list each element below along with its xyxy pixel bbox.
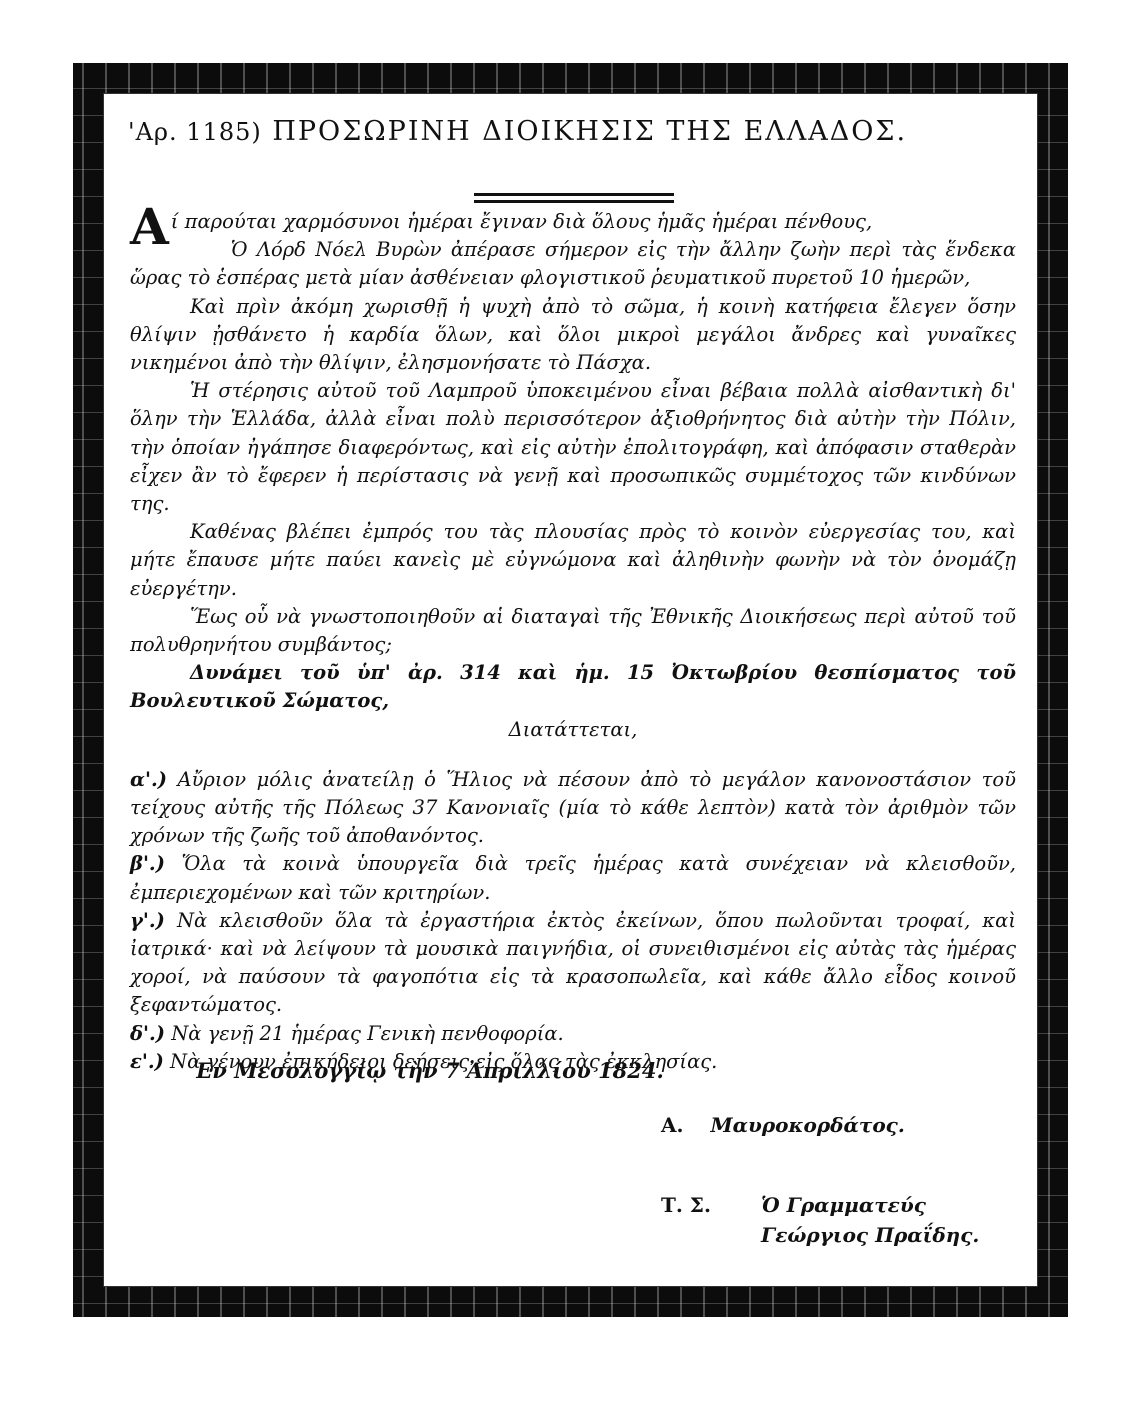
dropcap-letter: Α (130, 212, 169, 242)
paragraph-4: Ἡ στέρησις αὐτοῦ τοῦ Λαμπροῦ ὑποκειμένου… (130, 377, 1016, 518)
orders-list: α'.) Αὔριον μόλις ἀνατείλῃ ὁ Ἥλιος νὰ πέ… (130, 766, 1016, 1076)
order-item: β'.) Ὅλα τὰ κοινὰ ὑπουργεῖα διὰ τρεῖς ἡμ… (130, 850, 1016, 906)
paragraph-3: Καὶ πρὶν ἀκόμη χωρισθῇ ἡ ψυχὴ ἀπὸ τὸ σῶμ… (130, 293, 1016, 378)
secretary-signature: Τ. Σ. Ὁ Γραμματεύς Γεώργιος Πραΐδης. (661, 1193, 711, 1217)
reference-number: 'Αρ. 1185) (128, 118, 262, 146)
decorative-double-rule (474, 193, 674, 203)
date-line: Ἐν Μεσολογγίῳ τὴν 7 Ἀπριλλίου 1824. (193, 1058, 664, 1083)
president-signature: Α. Μαυροκορδάτος. (661, 1113, 905, 1137)
document-heading: 'Αρ. 1185) ΠΡΟΣΩΡΙΝΗ ΔΙΟΙΚΗΣΙΣ ΤΗΣ ΕΛΛΑΔ… (128, 116, 907, 147)
order-item: α'.) Αὔριον μόλις ἀνατείλῃ ὁ Ἥλιος νὰ πέ… (130, 766, 1016, 851)
order-item: δ'.) Νὰ γενῇ 21 ἡμέρας Γενικὴ πενθοφορία… (130, 1020, 1016, 1048)
heading-text: ΠΡΟΣΩΡΙΝΗ ΔΙΟΙΚΗΣΙΣ ΤΗΣ ΕΛΛΑΔΟΣ. (272, 116, 907, 147)
paragraph-5: Καθένας βλέπει ἐμπρός του τὰς πλουσίας π… (130, 518, 1016, 603)
paragraph-2: Ὁ Λόρδ Νόελ Βυρὼν ἀπέρασε σήμερον εἰς τὴ… (130, 236, 1016, 292)
proclamation-body: Α ί παρούται χαρμόσυνοι ἡμέραι ἔγιναν δι… (130, 208, 1016, 1076)
decree-heading: Διατάττεται, (130, 716, 1016, 744)
paragraph-7: Δυνάμει τοῦ ὑπ' ἀρ. 314 καὶ ἡμ. 15 Ὀκτωβ… (130, 659, 1016, 715)
order-item: γ'.) Νὰ κλεισθοῦν ὅλα τὰ ἐργαστήρια ἐκτὸ… (130, 907, 1016, 1020)
paragraph-1: Α ί παρούται χαρμόσυνοι ἡμέραι ἔγιναν δι… (130, 208, 1016, 236)
paragraph-6: Ἕως οὗ νὰ γνωστοποιηθοῦν αἱ διαταγαὶ τῆς… (130, 603, 1016, 659)
